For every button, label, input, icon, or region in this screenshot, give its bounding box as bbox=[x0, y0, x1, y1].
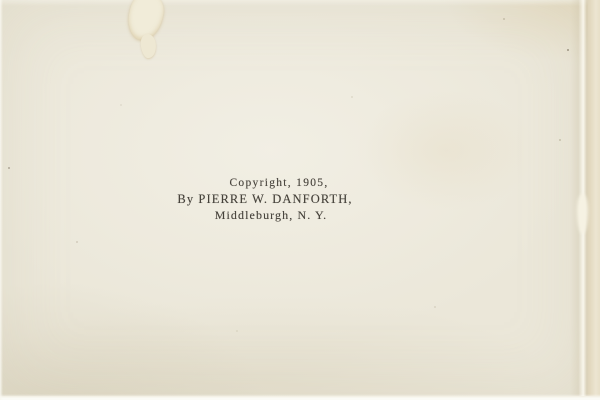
copyright-line: Copyright, 1905, bbox=[229, 177, 328, 189]
scanner-left-strip bbox=[0, 0, 3, 400]
author-line: By PIERRE W. DANFORTH, bbox=[177, 192, 352, 207]
scanned-page: Copyright, 1905, By PIERRE W. DANFORTH, … bbox=[0, 0, 600, 400]
scanner-bottom-strip bbox=[0, 394, 600, 400]
location-line: Middleburgh, N. Y. bbox=[215, 208, 328, 223]
